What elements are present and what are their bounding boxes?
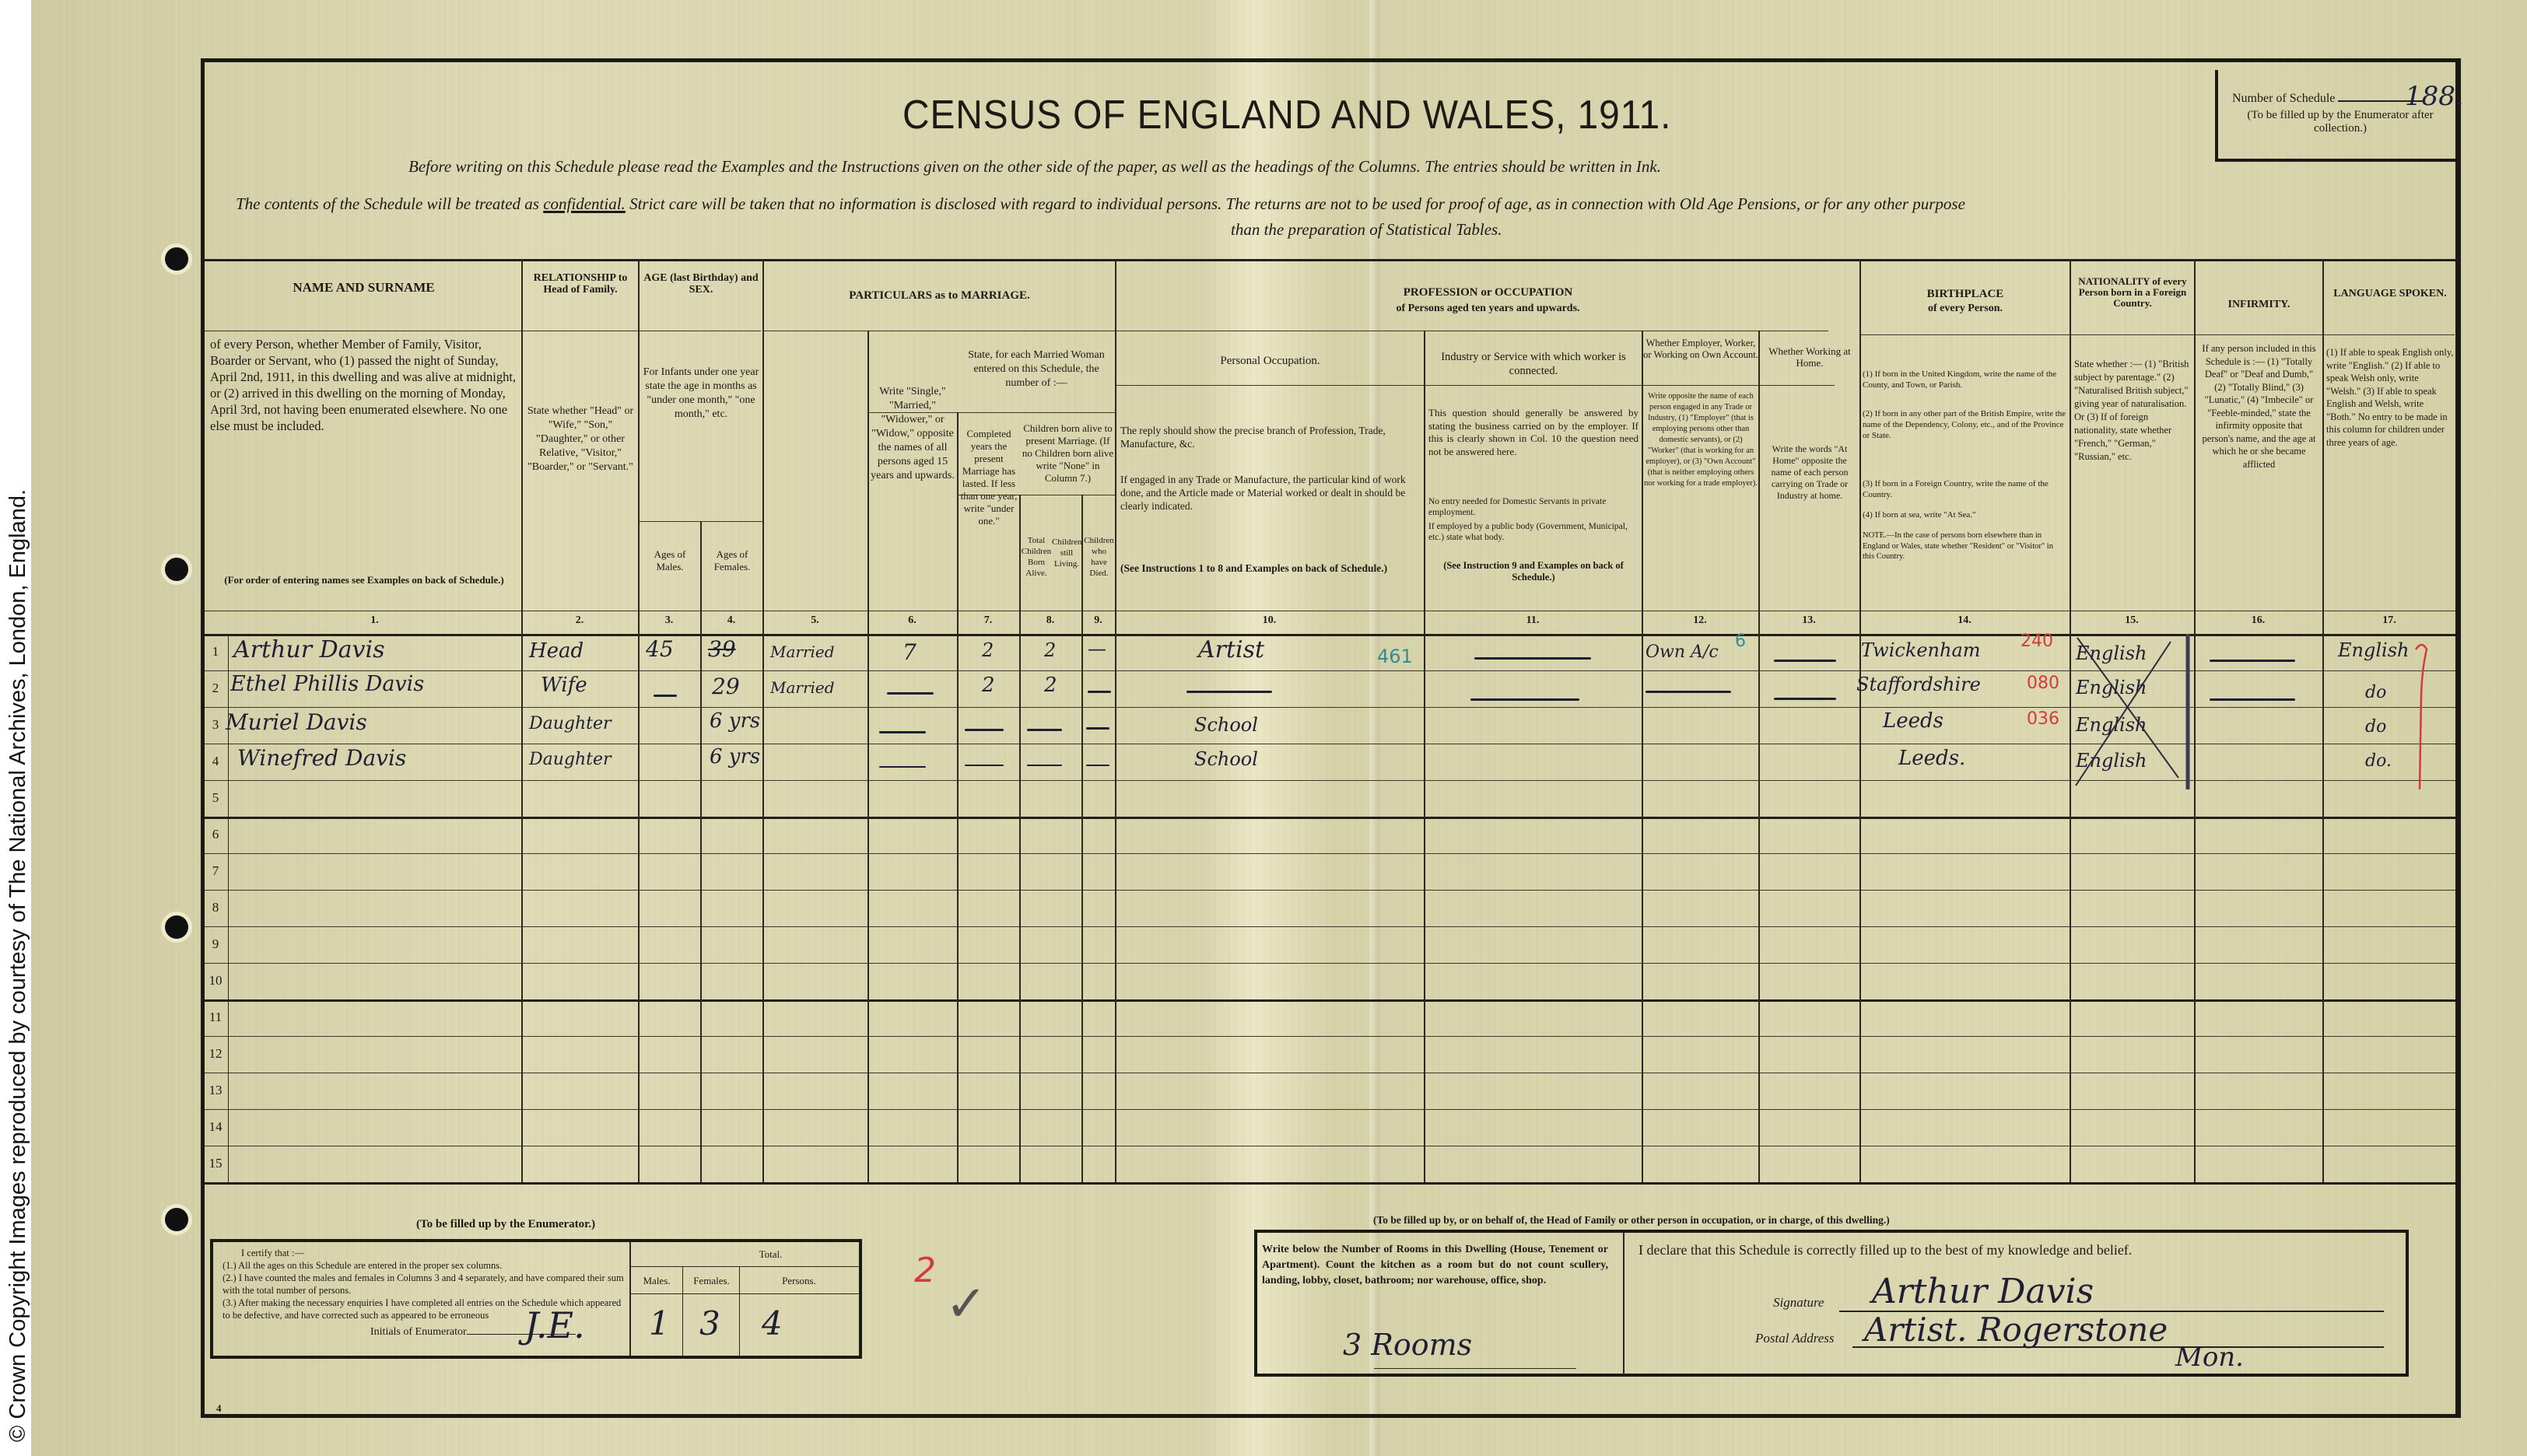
declaration-statement: I declare that this Schedule is correctl… [1639,1242,2132,1258]
marriage-years-label: Completed years the present Marriage has… [959,428,1019,527]
children-born-dash [965,765,1004,766]
married-woman-instructions: State, for each Married Woman entered on… [960,348,1113,390]
punch-hole [165,915,188,939]
signature-label: Signature [1773,1295,1824,1311]
column-number: 8. [1019,614,1081,627]
postal-address-label: Postal Address [1755,1331,1835,1346]
total-label: Total. [682,1248,859,1261]
total-females: 3 [699,1304,720,1342]
birthplace-instr-1: (1) If born in the United Kingdom, write… [1863,369,2066,390]
marital-condition: Married [770,642,835,661]
children-living: 2 [1044,639,1056,661]
heading-language: LANGUAGE SPOKEN. [2324,288,2456,300]
children-born-heading: Children born alive to present Marriage.… [1021,422,1115,485]
column-number: 15. [2070,614,2194,627]
column-number: 1. [228,614,521,627]
check-mark: ✓ [945,1276,987,1333]
children-born-dash [965,729,1004,731]
industry-instr-4: (See Instruction 9 and Examples on back … [1428,560,1639,583]
total-born-label: Total Children Born Alive. [1021,535,1052,579]
heading-infirmity: INFIRMITY. [2196,297,2322,313]
children-died-dash [1088,691,1111,693]
personal-occupation-instr-2: If engaged in any Trade or Manufacture, … [1120,473,1420,513]
column-number: 9. [1081,614,1115,627]
age-females-label: Ages of Females. [702,548,762,573]
years-married-dash [879,731,926,733]
birthplace-note: NOTE.—In the case of persons born elsewh… [1863,530,2066,562]
males-label: Males. [631,1275,682,1287]
postal-address-line-1: Artist. Rogerstone [1864,1311,2168,1349]
total-persons: 4 [762,1304,783,1342]
heading-name: NAME AND SURNAME [206,280,521,296]
children-living-dash [1027,765,1062,766]
relationship: Wife [541,674,587,697]
children-died-dash [1086,727,1109,730]
birthplace-code: 080 [2027,674,2059,693]
children-living-dash [1027,729,1062,731]
occupation-code: 461 [1377,646,1413,667]
occupation-subheading: of Persons aged ten years and upwards. [1116,302,1859,316]
certify-heading: I certify that :— [223,1247,627,1259]
confidential-word: confidential. [543,194,626,213]
column-number: 4. [700,614,762,627]
birthplace-code: 240 [2021,632,2053,651]
column-number: 17. [2322,614,2456,627]
column-number: 16. [2194,614,2322,627]
industry-instr-2: No entry needed for Domestic Servants in… [1428,496,1639,518]
column-number: 5. [762,614,867,627]
column-number: 7. [957,614,1019,627]
employment-status: Own A/c [1646,642,1719,662]
column-number: 14. [1859,614,2070,627]
column-number: 12. [1642,614,1758,627]
intro-instruction: Before writing on this Schedule please r… [408,157,1661,177]
age-female-struck: 39 [708,636,736,662]
relationship-instructions: State whether "Head" or "Wife," "Son," "… [526,404,635,474]
birthplace-subheading: of every Person. [1861,302,2070,316]
heading-relationship: RELATIONSHIP to Head of Family. [523,272,638,296]
column-number: 11. [1424,614,1642,627]
birthplace: Staffordshire [1856,674,1981,695]
birthplace-code: 036 [2027,709,2059,729]
died-label: Children who have Died. [1083,535,1115,579]
column-number: 13. [1758,614,1859,627]
signature: Arthur Davis [1872,1272,2094,1311]
column-number: 2. [521,614,638,627]
declaration-box: Write below the Number of Rooms in this … [1254,1230,2409,1377]
punch-hole [165,1208,188,1231]
column-number: 3. [638,614,700,627]
occupation-dash [1186,691,1272,693]
home-instructions: Write the words "At Home" opposite the n… [1762,443,1857,502]
age-female: 6 yrs [710,709,760,733]
heading-marriage: PARTICULARS as to MARRIAGE. [764,288,1115,303]
birthplace-instr-4: (4) If born at sea, write "At Sea." [1863,509,2066,520]
children-born: 2 [982,639,994,661]
employer-dash [1646,691,1731,693]
home-dash [1774,660,1836,662]
years-married-dash [879,766,926,768]
person-name: Ethel Phillis Davis [230,672,424,696]
name-instructions: of every Person, whether Member of Famil… [210,336,517,434]
years-married-dash [887,692,934,695]
heading-nationality: NATIONALITY of every Person born in a Fo… [2071,276,2194,309]
industry-dash [1470,698,1579,701]
occupation: School [1194,714,1258,736]
enumerator-section-label: (To be filled up by the Enumerator.) [416,1218,595,1231]
birthplace-instr-3: (3) If born in a Foreign Country, write … [1863,478,2066,500]
language-instructions: (1) If able to speak English only, write… [2326,346,2454,449]
birthplace-instr-2: (2) If born in any other part of the Bri… [1863,408,2066,441]
personal-occupation-instr-1: The reply should show the precise branch… [1120,424,1420,450]
employment-code: 6 [1735,632,1746,651]
heading-birthplace: BIRTHPLACE [1861,286,2070,302]
name-note: (For order of entering names see Example… [209,573,520,586]
enumerator-certificate: I certify that :— (1.) All the ages on t… [210,1239,862,1359]
page-number: 4 [216,1402,222,1415]
certify-item-2: (2.) I have counted the males and female… [223,1272,627,1297]
still-living-label: Children still Living. [1052,537,1081,569]
females-label: Females. [684,1275,739,1287]
industry-dash [1474,657,1591,660]
age-males-label: Ages of Males. [640,548,700,573]
children-died: — [1088,638,1106,660]
home-dash [1774,698,1836,700]
infirmity-instructions: If any person included in this Schedule … [2199,342,2319,471]
industry-instr-1: This question should generally be answer… [1428,407,1639,458]
confidentiality-notice: The contents of the Schedule will be tre… [236,194,1965,214]
nationality-instructions: State whether :— (1) "British subject by… [2074,358,2191,464]
red-tally-mark: 2 [914,1251,936,1290]
person-name: Arthur Davis [233,636,384,663]
marriage-condition-instructions: Write "Single," "Married," "Widower," or… [870,385,955,483]
age-male-dash [654,695,677,697]
children-died-dash [1086,765,1109,766]
punch-hole [165,558,188,581]
personal-occupation-label: Personal Occupation. [1116,354,1424,368]
employer-instructions: Write opposite the name of each person e… [1643,391,1758,489]
occupation: School [1194,748,1258,770]
enumerator-initials: J.E. [524,1304,585,1346]
industry-label: Industry or Service with which worker is… [1425,350,1642,378]
birthplace: Leeds [1883,709,1943,733]
children-living: 2 [1044,674,1057,697]
column-number: 6. [867,614,957,627]
birthplace: Leeds. [1898,747,1965,770]
relationship: Daughter [529,714,612,733]
schedule-number-value: 188. [2405,81,2464,112]
home-label: Whether Working at Home. [1760,345,1859,369]
employer-label: Whether Employer, Worker, or Working on … [1643,338,1758,361]
statistical-notice: than the preparation of Statistical Tabl… [1231,220,1502,240]
occupation: Artist [1198,636,1264,663]
person-name: Winefred Davis [237,745,406,771]
age-female: 6 yrs [710,745,760,768]
years-married: 7 [902,639,917,665]
postal-address-line-2: Mon. [2175,1342,2244,1373]
page-title: CENSUS OF ENGLAND AND WALES, 1911. [902,92,1671,138]
enumerator-annotations [2062,634,2451,797]
declaration-section-label: (To be filled up by, or on behalf of, th… [1373,1214,1890,1227]
personal-occupation-instr-3: (See Instructions 1 to 8 and Examples on… [1120,562,1420,575]
certify-item-1: (1.) All the ages on this Schedule are e… [223,1259,627,1272]
schedule-number-note: (To be filled up by the Enumerator after… [2232,109,2448,135]
schedule-number-label: Number of Schedule [2232,92,2335,105]
heading-age: AGE (last Birthday) and SEX. [640,272,762,296]
relationship: Daughter [529,750,612,769]
rooms-instructions: Write below the Number of Rooms in this … [1262,1242,1608,1289]
copyright-notice: © Crown Copyright Images reproduced by c… [5,358,31,1447]
age-male: 45 [646,636,674,662]
children-born: 2 [982,674,995,697]
initials-label: Initials of Enumerator [370,1326,467,1338]
column-number: 10. [1115,614,1424,627]
number-of-rooms: 3 Rooms [1343,1328,1472,1362]
industry-instr-3: If employed by a public body (Government… [1428,521,1639,543]
relationship: Head [529,639,584,663]
heading-occupation: PROFESSION or OCCUPATION [1116,285,1859,300]
age-instructions: For Infants under one year state the age… [641,366,761,422]
schedule-number-box: Number of Schedule 188. (To be filled up… [2215,70,2456,162]
total-males: 1 [649,1304,670,1342]
marital-condition: Married [770,678,835,697]
birthplace: Twickenham [1861,639,1981,661]
age-female: 29 [712,674,740,699]
person-name: Muriel Davis [226,709,367,735]
persons-label: Persons. [741,1275,857,1287]
punch-hole [165,247,188,271]
